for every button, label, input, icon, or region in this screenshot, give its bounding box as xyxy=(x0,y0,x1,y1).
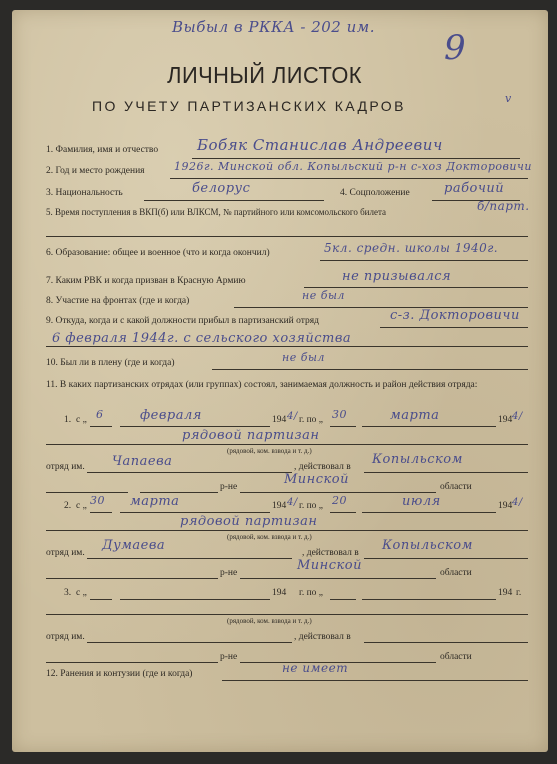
field-5-label: 5. Время поступления в ВКП(б) или ВЛКСМ,… xyxy=(46,207,386,217)
field-4-label: 4. Соцположение xyxy=(340,188,410,198)
fronts-value: не был xyxy=(302,289,345,302)
field-6-label: 6. Образование: общее и военное (что и к… xyxy=(46,248,270,258)
region-label: области xyxy=(440,482,472,492)
personal-record-sheet: Выбыл в РККА - 202 им. 9 ЛИЧНЫЙ ЛИСТОК П… xyxy=(12,10,548,752)
det1-num: 1. xyxy=(64,415,71,425)
field-7-label: 7. Каким РВК и когда призван в Красную А… xyxy=(46,276,246,286)
from-label: с „ xyxy=(76,588,87,598)
captivity-value: не был xyxy=(282,351,325,364)
det1-from-year: 4/ xyxy=(287,411,298,422)
det2-from-day: 30 xyxy=(90,494,105,507)
unit-label: отряд им. xyxy=(46,462,85,472)
wounds-value: не имеет xyxy=(282,661,348,675)
det2-from-year: 4/ xyxy=(287,497,298,508)
det2-num: 2. xyxy=(64,501,71,511)
district-label: р-не xyxy=(220,568,237,578)
field-3-label: 3. Национальность xyxy=(46,188,123,198)
position-hint: (рядовой, ком. взвода и т. д.) xyxy=(227,617,312,625)
unit-label: отряд им. xyxy=(46,632,85,642)
field-2-label: 2. Год и место рождения xyxy=(46,166,145,176)
det1-to-day: 30 xyxy=(332,408,347,421)
det1-position: рядовой партизан xyxy=(182,428,319,443)
year-suffix: г. xyxy=(516,588,521,598)
social-status-value: рабочий xyxy=(444,181,504,196)
from-label: с „ xyxy=(76,415,87,425)
arrival-date-value: 6 февраля 1944г. с сельского хозяйства xyxy=(52,331,351,346)
year-label: 194 xyxy=(498,415,512,425)
from-label: с „ xyxy=(76,501,87,511)
det2-area: Копыльском xyxy=(382,538,473,553)
det2-region: Минской xyxy=(297,558,362,573)
field-11-label: 11. В каких партизанских отрядах (или гр… xyxy=(46,378,526,392)
year-label: 194 xyxy=(272,588,286,598)
region-label: области xyxy=(440,652,472,662)
check-mark: v xyxy=(505,92,512,105)
year-label: 194 xyxy=(498,501,512,511)
to-label: г. по „ xyxy=(299,588,323,598)
unit-label: отряд им. xyxy=(46,548,85,558)
document-title: ЛИЧНЫЙ ЛИСТОК xyxy=(167,62,362,89)
year-label: 194 xyxy=(498,588,512,598)
det2-position: рядовой партизан xyxy=(180,514,317,529)
year-label: 194 xyxy=(272,415,286,425)
det3-num: 3. xyxy=(64,588,71,598)
field-10-label: 10. Был ли в плену (где и когда) xyxy=(46,358,175,368)
acted-in-label: , действовал в xyxy=(302,548,359,558)
field-9-label: 9. Откуда, когда и с какой должности при… xyxy=(46,316,319,326)
det2-from-month: марта xyxy=(130,494,179,509)
det2-to-year: 4/ xyxy=(512,497,523,508)
birth-value: 1926г. Минской обл. Копыльский р-н с-хоз… xyxy=(174,160,532,173)
to-label: г. по „ xyxy=(299,415,323,425)
position-hint: (рядовой, ком. взвода и т. д.) xyxy=(227,447,312,455)
det1-to-year: 4/ xyxy=(512,411,523,422)
acted-in-label: , действовал в xyxy=(294,632,351,642)
det1-from-day: 6 xyxy=(96,408,104,421)
army-value: не призывался xyxy=(342,269,451,284)
full-name-value: Бобяк Станислав Андреевич xyxy=(197,136,443,154)
acted-in-label: , действовал в xyxy=(294,462,351,472)
arrival-place-value: с-з. Докторовичи xyxy=(390,308,520,323)
party-value: б/парт. xyxy=(477,199,530,213)
page-number: 9 xyxy=(444,28,466,68)
education-value: 5кл. средн. школы 1940г. xyxy=(324,241,498,255)
det1-to-month: марта xyxy=(390,408,439,423)
det2-unit-name: Думаева xyxy=(102,538,165,553)
field-12-label: 12. Ранения и контузии (где и когда) xyxy=(46,669,192,679)
det2-to-month: июля xyxy=(402,494,441,509)
document-subtitle: ПО УЧЕТУ ПАРТИЗАНСКИХ КАДРОВ xyxy=(92,98,406,114)
position-hint: (рядовой, ком. взвода и т. д.) xyxy=(227,533,312,541)
handwritten-note: Выбыл в РККА - 202 им. xyxy=(172,18,375,36)
district-label: р-не xyxy=(220,652,237,662)
district-label: р-не xyxy=(220,482,237,492)
nationality-value: белорус xyxy=(192,181,250,196)
field-1-label: 1. Фамилия, имя и отчество xyxy=(46,145,158,155)
det1-region: Минской xyxy=(284,472,349,487)
region-label: области xyxy=(440,568,472,578)
field-8-label: 8. Участие на фронтах (где и когда) xyxy=(46,296,189,306)
det1-from-month: февраля xyxy=(140,408,202,423)
year-label: 194 xyxy=(272,501,286,511)
det1-unit-name: Чапаева xyxy=(112,454,172,469)
to-label: г. по „ xyxy=(299,501,323,511)
det1-area: Копыльском xyxy=(372,452,463,467)
det2-to-day: 20 xyxy=(332,494,347,507)
